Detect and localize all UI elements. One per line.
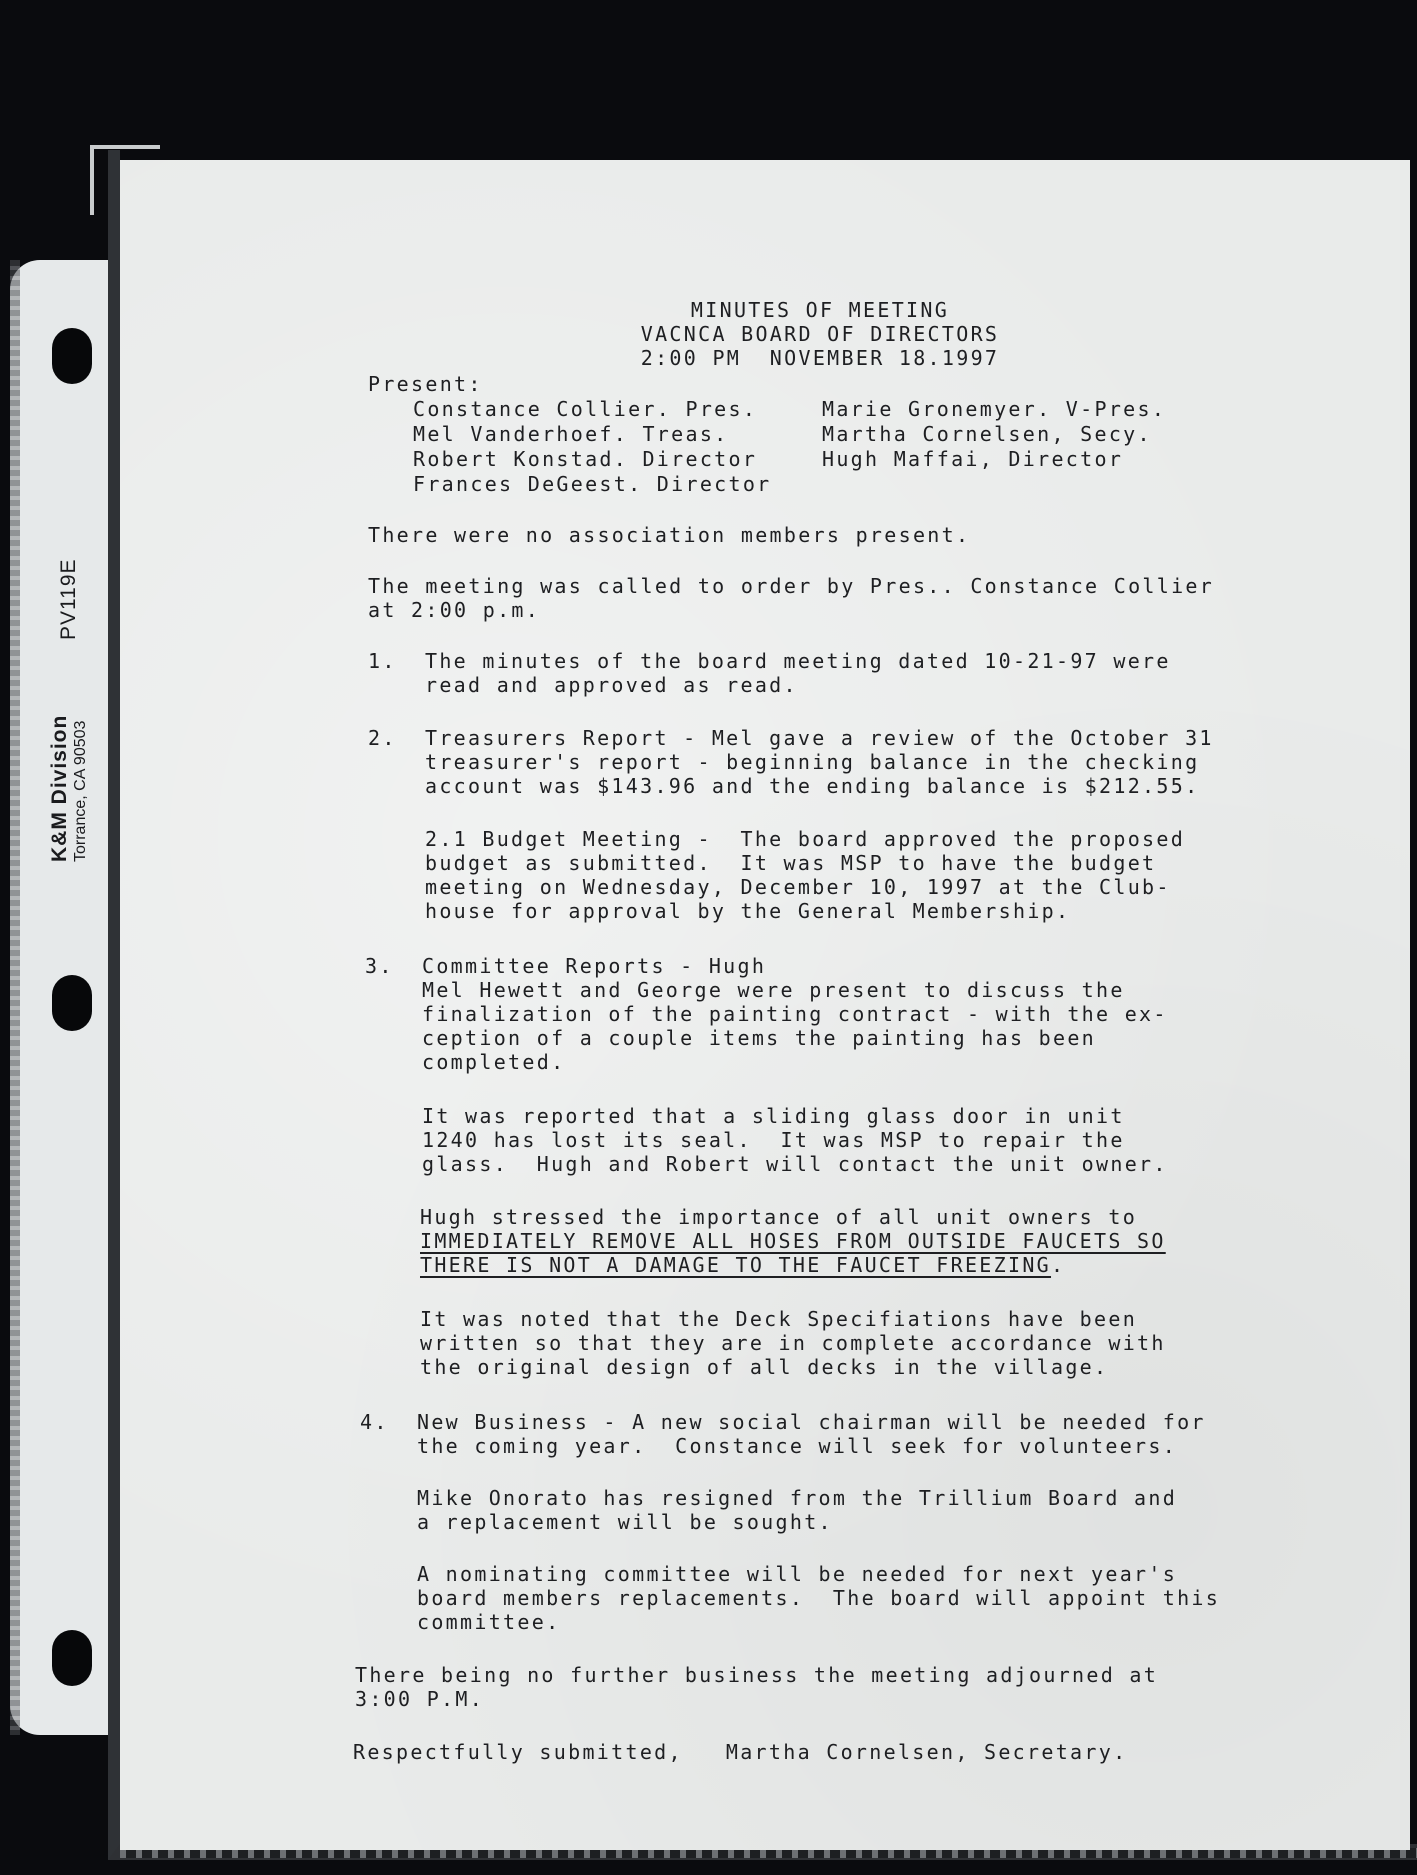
- item-3-para4: written so that they are in complete acc…: [420, 1331, 1166, 1355]
- sleeve-edge-seam: [10, 260, 20, 1735]
- item-2-text: treasurer's report - beginning balance i…: [425, 750, 1199, 774]
- item-3-para2: 1240 has lost its seal. It was MSP to re…: [422, 1128, 1125, 1152]
- attendee: Martha Cornelsen, Secy.: [822, 422, 1152, 446]
- label-address: Torrance, CA 90503: [72, 715, 90, 862]
- item-number: 2.: [368, 726, 397, 750]
- item-number: 4.: [360, 1410, 389, 1434]
- attendee: Mel Vanderhoef. Treas.: [413, 422, 729, 446]
- attendee: Hugh Maffai, Director: [822, 447, 1123, 471]
- attendee: Marie Gronemyer. V-Pres.: [822, 397, 1166, 421]
- item-1-text: read and approved as read.: [425, 673, 798, 697]
- adjourn-text: There being no further business the meet…: [355, 1663, 1158, 1687]
- sleeve-lip: [90, 145, 160, 149]
- binder-hole-bottom: [52, 1630, 92, 1686]
- attendee: Constance Collier. Pres.: [413, 397, 757, 421]
- item-3-text: completed.: [422, 1050, 565, 1074]
- item-4-text: the coming year. Constance will seek for…: [417, 1434, 1177, 1458]
- item-4-text: New Business - A new social chairman wil…: [417, 1410, 1206, 1434]
- label-product-code: PV119E: [57, 559, 81, 641]
- item-2-1-text: house for approval by the General Member…: [425, 899, 1070, 923]
- present-label: Present:: [368, 372, 483, 396]
- item-4-para3: A nominating committee will be needed fo…: [417, 1562, 1177, 1586]
- item-4-para2: a replacement will be sought.: [417, 1510, 833, 1534]
- item-number: 3.: [365, 954, 394, 978]
- hoses-warning-underlined: THERE IS NOT A DAMAGE TO THE FAUCET FREE…: [420, 1253, 1051, 1277]
- item-2-text: account was $143.96 and the ending balan…: [425, 774, 1199, 798]
- signature-line: Respectfully submitted, Martha Cornelsen…: [353, 1740, 1127, 1764]
- item-4-para3: committee.: [417, 1610, 560, 1634]
- sleeve-lip-side: [90, 145, 94, 215]
- item-4-para2: Mike Onorato has resigned from the Trill…: [417, 1486, 1177, 1510]
- item-3-text: ception of a couple items the painting h…: [422, 1026, 1096, 1050]
- item-3-text: finalization of the painting contract - …: [422, 1002, 1168, 1026]
- attendee: Frances DeGeest. Director: [413, 472, 772, 496]
- paper-sheet: MINUTES OF MEETING VACNCA BOARD OF DIREC…: [120, 160, 1410, 1850]
- binder-hole-top: [52, 328, 92, 384]
- call-to-order: The meeting was called to order by Pres.…: [368, 574, 1214, 598]
- item-3-text: Mel Hewett and George were present to di…: [422, 978, 1125, 1002]
- attendee: Robert Konstad. Director: [413, 447, 757, 471]
- no-members-note: There were no association members presen…: [368, 523, 970, 547]
- item-3-text: Committee Reports - Hugh: [422, 954, 766, 978]
- item-2-1-text: budget as submitted. It was MSP to have …: [425, 851, 1156, 875]
- item-2-text: Treasurers Report - Mel gave a review of…: [425, 726, 1214, 750]
- title-line-1: MINUTES OF MEETING: [500, 298, 1140, 322]
- item-2-1-text: meeting on Wednesday, December 10, 1997 …: [425, 875, 1171, 899]
- item-3-para2: glass. Hugh and Robert will contact the …: [422, 1152, 1168, 1176]
- item-3-para4: the original design of all decks in the …: [420, 1355, 1108, 1379]
- label-company: K&M Division: [48, 715, 72, 862]
- title-line-2: VACNCA BOARD OF DIRECTORS: [500, 322, 1140, 346]
- item-number: 1.: [368, 649, 397, 673]
- call-to-order: at 2:00 p.m.: [368, 598, 540, 622]
- item-2-1-text: 2.1 Budget Meeting - The board approved …: [425, 827, 1185, 851]
- item-3-para2: It was reported that a sliding glass doo…: [422, 1104, 1125, 1128]
- adjourn-text: 3:00 P.M.: [355, 1687, 484, 1711]
- title-line-3: 2:00 PM NOVEMBER 18.1997: [500, 346, 1140, 370]
- item-4-para3: board members replacements. The board wi…: [417, 1586, 1220, 1610]
- period: .: [1051, 1253, 1065, 1277]
- item-3-para3-intro: Hugh stressed the importance of all unit…: [420, 1205, 1137, 1229]
- meeting-minutes-document: MINUTES OF MEETING VACNCA BOARD OF DIREC…: [120, 160, 1410, 1850]
- binder-hole-middle: [52, 975, 92, 1031]
- item-1-text: The minutes of the board meeting dated 1…: [425, 649, 1171, 673]
- hoses-warning-underlined: IMMEDIATELY REMOVE ALL HOSES FROM OUTSID…: [420, 1229, 1166, 1253]
- item-3-para4: It was noted that the Deck Specifiations…: [420, 1307, 1137, 1331]
